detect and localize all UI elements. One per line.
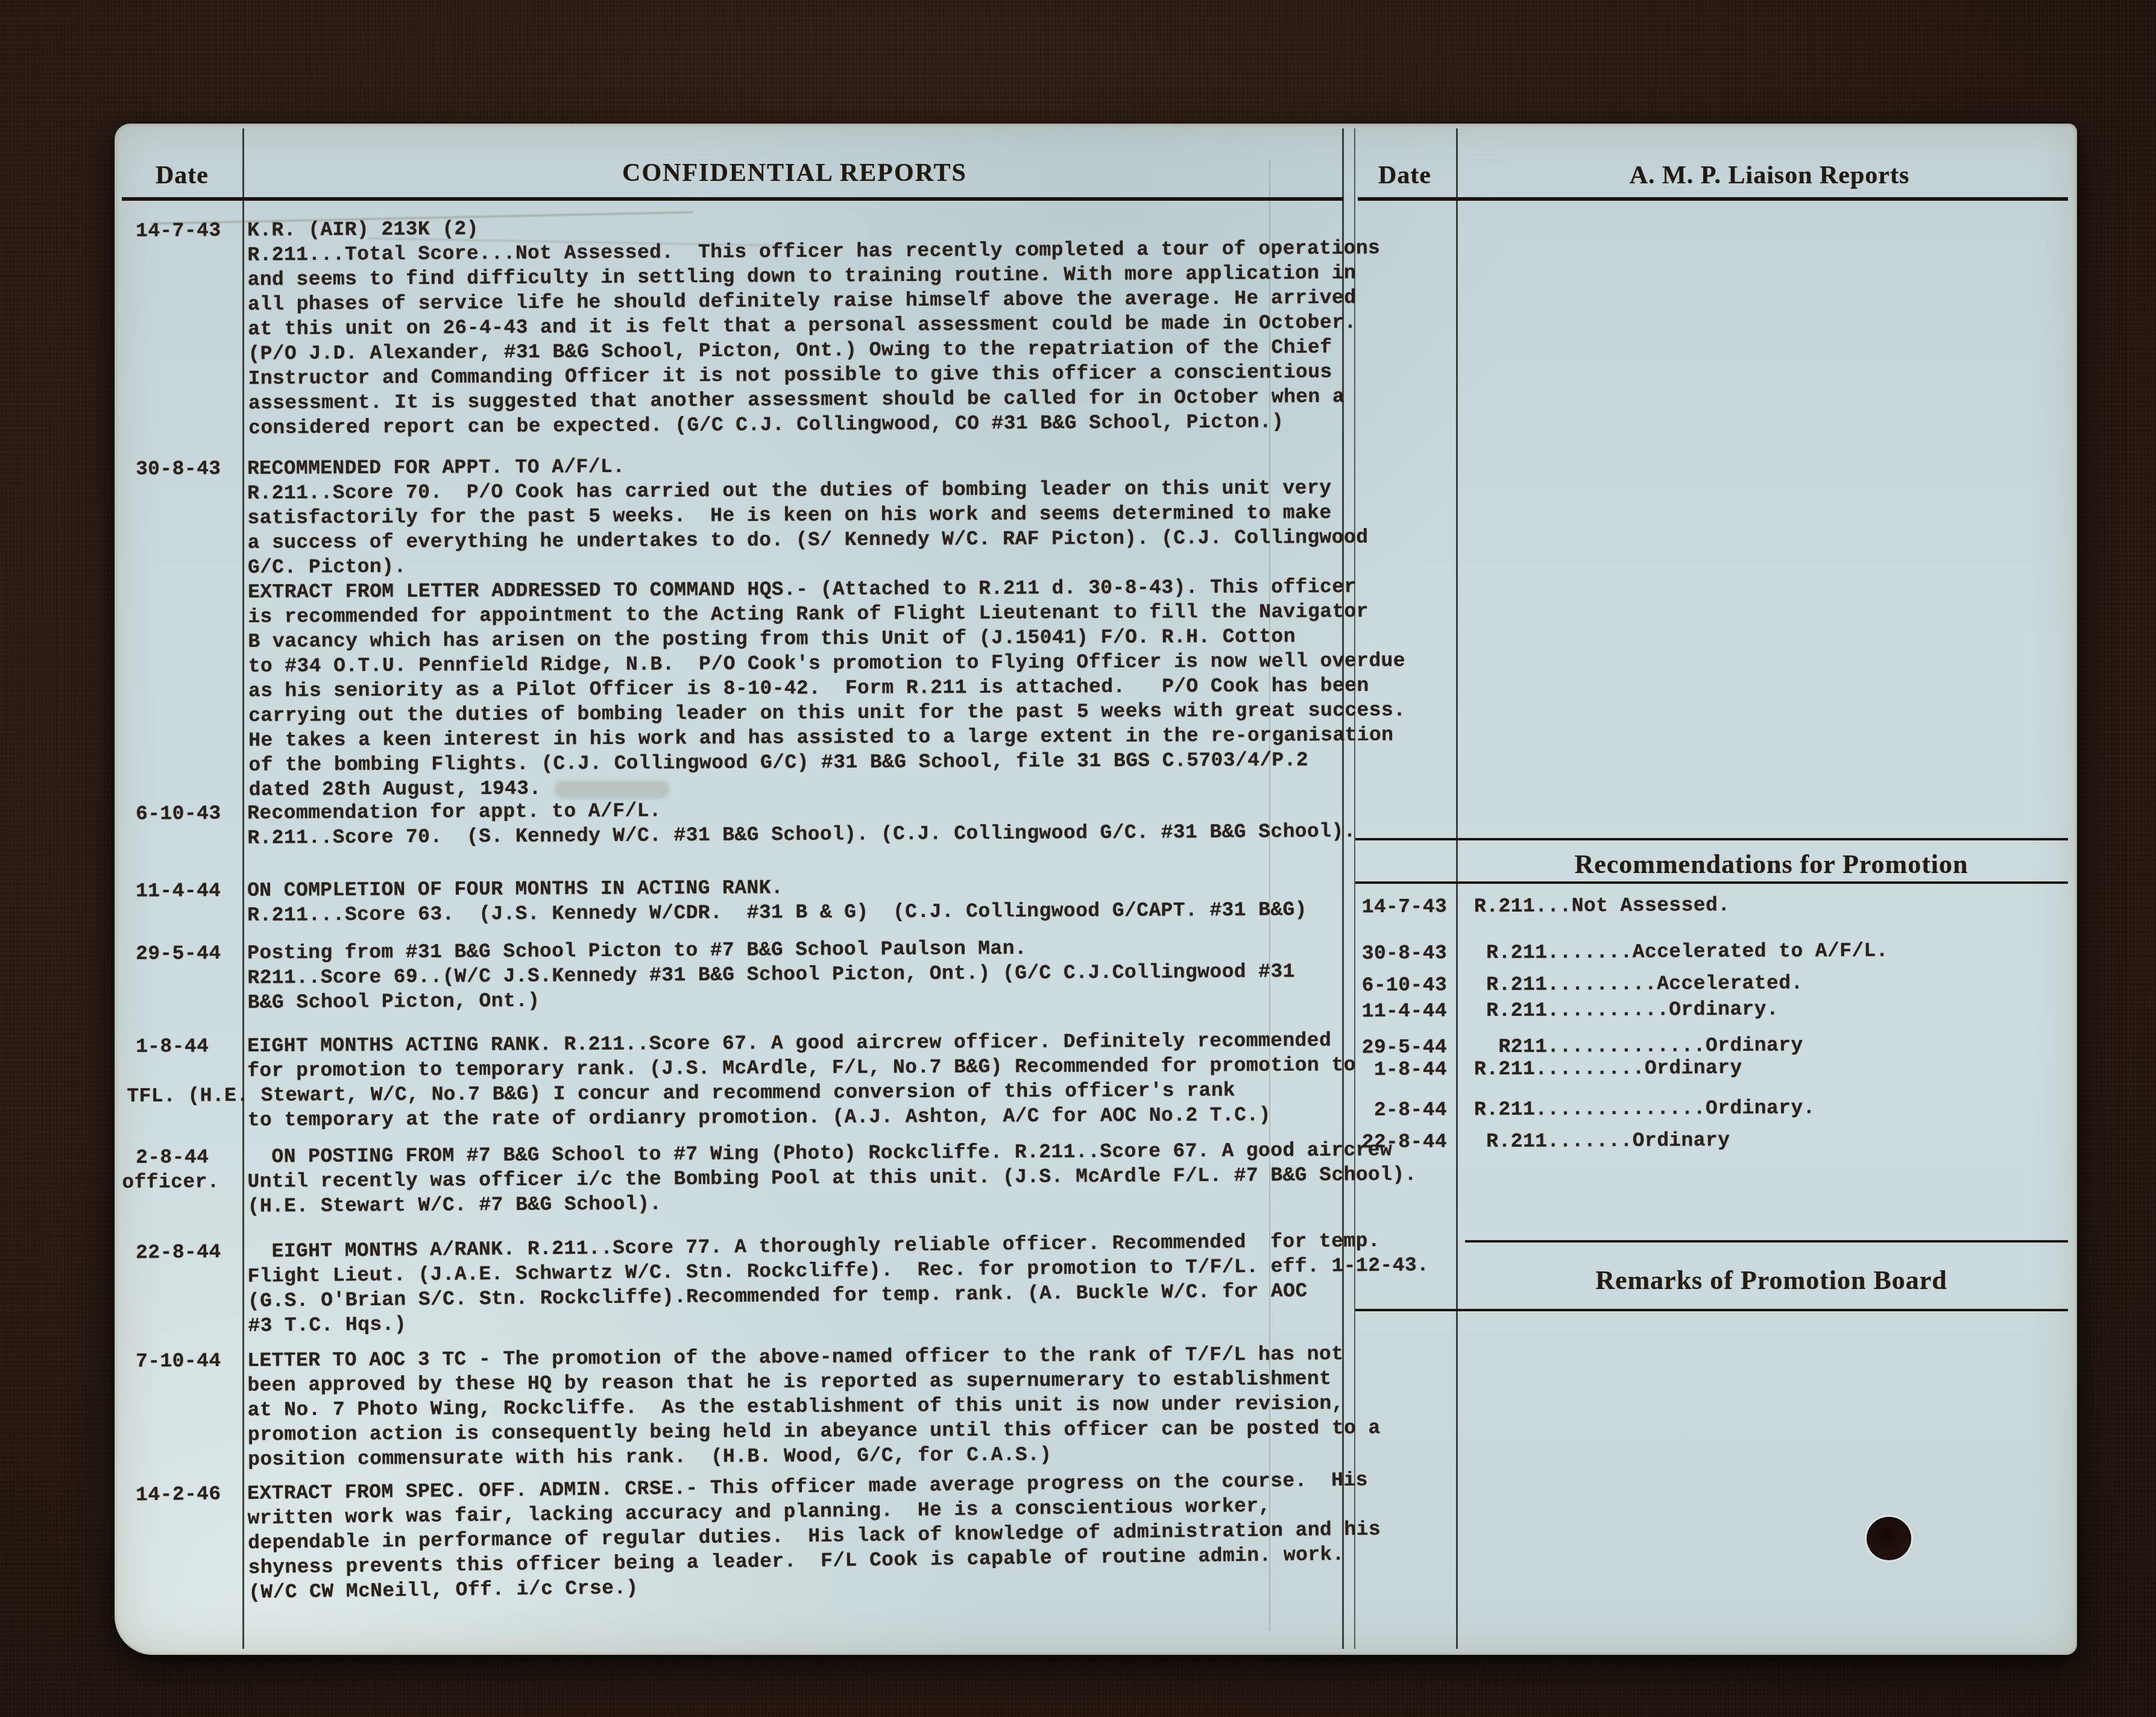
entry-text: LETTER TO AOC 3 TC - The promotion of th… xyxy=(247,1341,1381,1472)
header-rule-right xyxy=(1358,197,2068,201)
promotion-text: R.211.......Ordinary xyxy=(1474,1128,1730,1154)
promotion-date: 1-8-44 xyxy=(1338,1057,1447,1082)
promotion-date: 22-8-44 xyxy=(1338,1129,1447,1155)
entry-date: 7-10-44 xyxy=(136,1349,241,1374)
date-left-header: Date xyxy=(156,161,209,190)
board-rule-top xyxy=(1465,1240,2068,1243)
entry-date: 14-2-46 xyxy=(136,1481,241,1507)
entry-date: 11-4-44 xyxy=(136,878,241,904)
board-rule-bottom xyxy=(1355,1309,2068,1311)
promotion-text: R.211..............Ordinary. xyxy=(1474,1095,1815,1122)
promotion-date: 11-4-44 xyxy=(1338,998,1447,1024)
entry-line: R.211...Score 63. (J.S. Kennedy W/CDR. #… xyxy=(247,898,1307,928)
promotion-rule-top xyxy=(1355,838,2068,840)
promotion-text: R.211..........Ordinary. xyxy=(1474,997,1779,1024)
board-section-title: Remarks of Promotion Board xyxy=(1595,1265,1947,1296)
entry-text: Posting from #31 B&G School Picton to #7… xyxy=(247,934,1295,1015)
entry-date: 14-7-43 xyxy=(136,218,241,244)
entry-text: EIGHT MONTHS ACTING RANK. R.211..Score 6… xyxy=(247,1028,1356,1133)
entry-text: EIGHT MONTHS A/RANK. R.211..Score 77. A … xyxy=(247,1228,1429,1338)
promotion-date: 29-5-44 xyxy=(1338,1035,1447,1060)
entry-text: Recommendation for appt. to A/F/L.R.211.… xyxy=(247,794,1356,850)
punch-hole xyxy=(1867,1517,1911,1560)
liaison-reports-header: A. M. P. Liaison Reports xyxy=(1630,161,1910,190)
promotion-rule-bottom xyxy=(1355,881,2068,884)
date-right-header: Date xyxy=(1378,161,1431,190)
promotion-text: R211.............Ordinary xyxy=(1474,1033,1803,1059)
entry-date: 29-5-44 xyxy=(136,941,241,966)
entry-text: ON POSTING FROM #7 B&G School to #7 Wing… xyxy=(247,1138,1417,1219)
entry-text: EXTRACT FROM SPEC. OFF. ADMIN. CRSE.- Th… xyxy=(247,1467,1381,1605)
promotion-text: R.211...Not Assessed. xyxy=(1474,893,1730,919)
confidential-reports-header: CONFIDENTIAL REPORTS xyxy=(622,159,967,187)
promotion-text: R.211.........Ordinary xyxy=(1474,1056,1742,1082)
header-rule-left xyxy=(122,197,1343,201)
entry-text: K.R. (AIR) 213K (2)R.211...Total Score..… xyxy=(247,211,1381,440)
promotion-date: 2-8-44 xyxy=(1338,1097,1447,1123)
entry-date: 22-8-44 xyxy=(136,1240,241,1265)
entry-text: ON COMPLETION OF FOUR MONTHS IN ACTING R… xyxy=(247,873,1307,928)
entry-line: to temporary at the rate of ordianry pro… xyxy=(248,1102,1357,1133)
promotion-date: 14-7-43 xyxy=(1338,894,1447,919)
entry-date: 2-8-44 xyxy=(136,1145,241,1170)
photo-background: { "document": { "kind": "RCAF officer pe… xyxy=(0,0,2156,1717)
column-divider-date-left xyxy=(242,128,244,1649)
entry-date: 1-8-44 xyxy=(136,1034,241,1059)
entry-date-note: officer. xyxy=(122,1170,227,1195)
record-card-paper: Date CONFIDENTIAL REPORTS Date A. M. P. … xyxy=(115,124,2077,1655)
entry-date: 6-10-43 xyxy=(136,801,241,827)
promotion-section-title: Recommendations for Promotion xyxy=(1574,849,1968,880)
promotion-text: R.211.........Accelerated. xyxy=(1474,971,1803,997)
promotion-date: 30-8-43 xyxy=(1338,940,1447,966)
promotion-text: R.211.......Accelerated to A/F/L. xyxy=(1474,939,1888,966)
column-divider-date-right xyxy=(1456,128,1458,1649)
entry-date: 30-8-43 xyxy=(136,456,241,482)
entry-text: RECOMMENDED FOR APPT. TO A/F/L.R.211..Sc… xyxy=(247,451,1406,802)
promotion-date: 6-10-43 xyxy=(1338,972,1447,998)
